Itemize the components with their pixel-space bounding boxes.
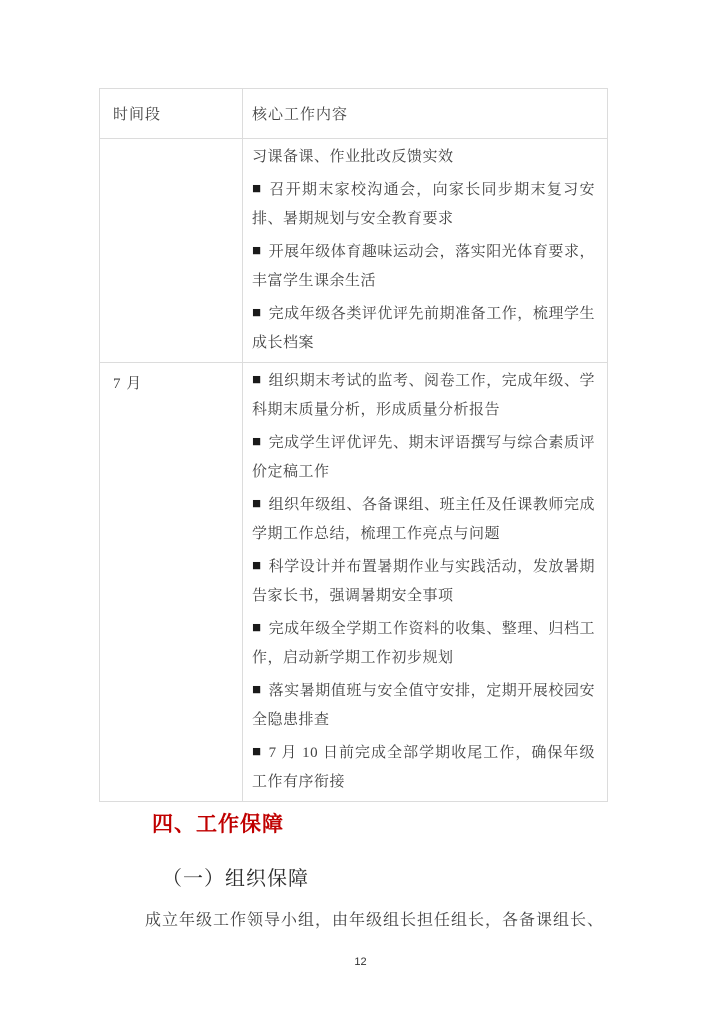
bullet-item: ■科学设计并布置暑期作业与实践活动，发放暑期告家长书，强调暑期安全事项 [252, 553, 595, 611]
bullet-item: ■7 月 10 日前完成全部学期收尾工作，确保年级工作有序衔接 [252, 739, 595, 797]
body-paragraph: 成立年级工作领导小组，由年级组长担任组长，各备课组长、 [113, 906, 608, 936]
bullet-item: ■组织年级组、各备课组、班主任及任课教师完成学期工作总结，梳理工作亮点与问题 [252, 491, 595, 549]
content-cell: ■组织期末考试的监考、阅卷工作，完成年级、学科期末质量分析，形成质量分析报告■完… [243, 363, 608, 802]
section-heading-work-support: 四、工作保障 [152, 811, 284, 838]
subsection-heading-organization-support: （一）组织保障 [162, 865, 309, 893]
bullet-item: ■完成年级全学期工作资料的收集、整理、归档工作，启动新学期工作初步规划 [252, 615, 595, 673]
bullet-item: ■开展年级体育趣味运动会，落实阳光体育要求，丰富学生课余生活 [252, 238, 595, 296]
period-cell: 7 月 [100, 363, 243, 802]
square-bullet-icon: ■ [252, 237, 262, 266]
square-bullet-icon: ■ [252, 366, 262, 395]
header-period: 时间段 [100, 89, 243, 139]
work-plan-table: 时间段 核心工作内容 习课备课、作业批改反馈实效■召开期末家校沟通会，向家长同步… [99, 88, 608, 802]
square-bullet-icon: ■ [252, 490, 262, 519]
bullet-item: ■完成学生评优评先、期末评语撰写与综合素质评价定稿工作 [252, 429, 595, 487]
work-plan-table-body: 习课备课、作业批改反馈实效■召开期末家校沟通会，向家长同步期末复习安排、暑期规划… [100, 139, 608, 802]
square-bullet-icon: ■ [252, 738, 262, 767]
content-cell: 习课备课、作业批改反馈实效■召开期末家校沟通会，向家长同步期末复习安排、暑期规划… [243, 139, 608, 363]
document-page: 时间段 核心工作内容 习课备课、作业批改反馈实效■召开期末家校沟通会，向家长同步… [0, 0, 724, 1024]
square-bullet-icon: ■ [252, 175, 262, 204]
bullet-item: ■组织期末考试的监考、阅卷工作，完成年级、学科期末质量分析，形成质量分析报告 [252, 367, 595, 425]
header-core-content: 核心工作内容 [243, 89, 608, 139]
period-cell [100, 139, 243, 363]
continuation-text: 习课备课、作业批改反馈实效 [252, 143, 595, 172]
square-bullet-icon: ■ [252, 676, 262, 705]
bullet-item: ■落实暑期值班与安全值守安排，定期开展校园安全隐患排查 [252, 677, 595, 735]
table-row: 习课备课、作业批改反馈实效■召开期末家校沟通会，向家长同步期末复习安排、暑期规划… [100, 139, 608, 363]
square-bullet-icon: ■ [252, 428, 262, 457]
page-number: 12 [113, 956, 608, 968]
bullet-item: ■完成年级各类评优评先前期准备工作，梳理学生成长档案 [252, 300, 595, 358]
bullet-item: ■召开期末家校沟通会，向家长同步期末复习安排、暑期规划与安全教育要求 [252, 176, 595, 234]
square-bullet-icon: ■ [252, 299, 262, 328]
square-bullet-icon: ■ [252, 614, 262, 643]
square-bullet-icon: ■ [252, 552, 262, 581]
table-header-row: 时间段 核心工作内容 [100, 89, 608, 139]
table-row: 7 月■组织期末考试的监考、阅卷工作，完成年级、学科期末质量分析，形成质量分析报… [100, 363, 608, 802]
